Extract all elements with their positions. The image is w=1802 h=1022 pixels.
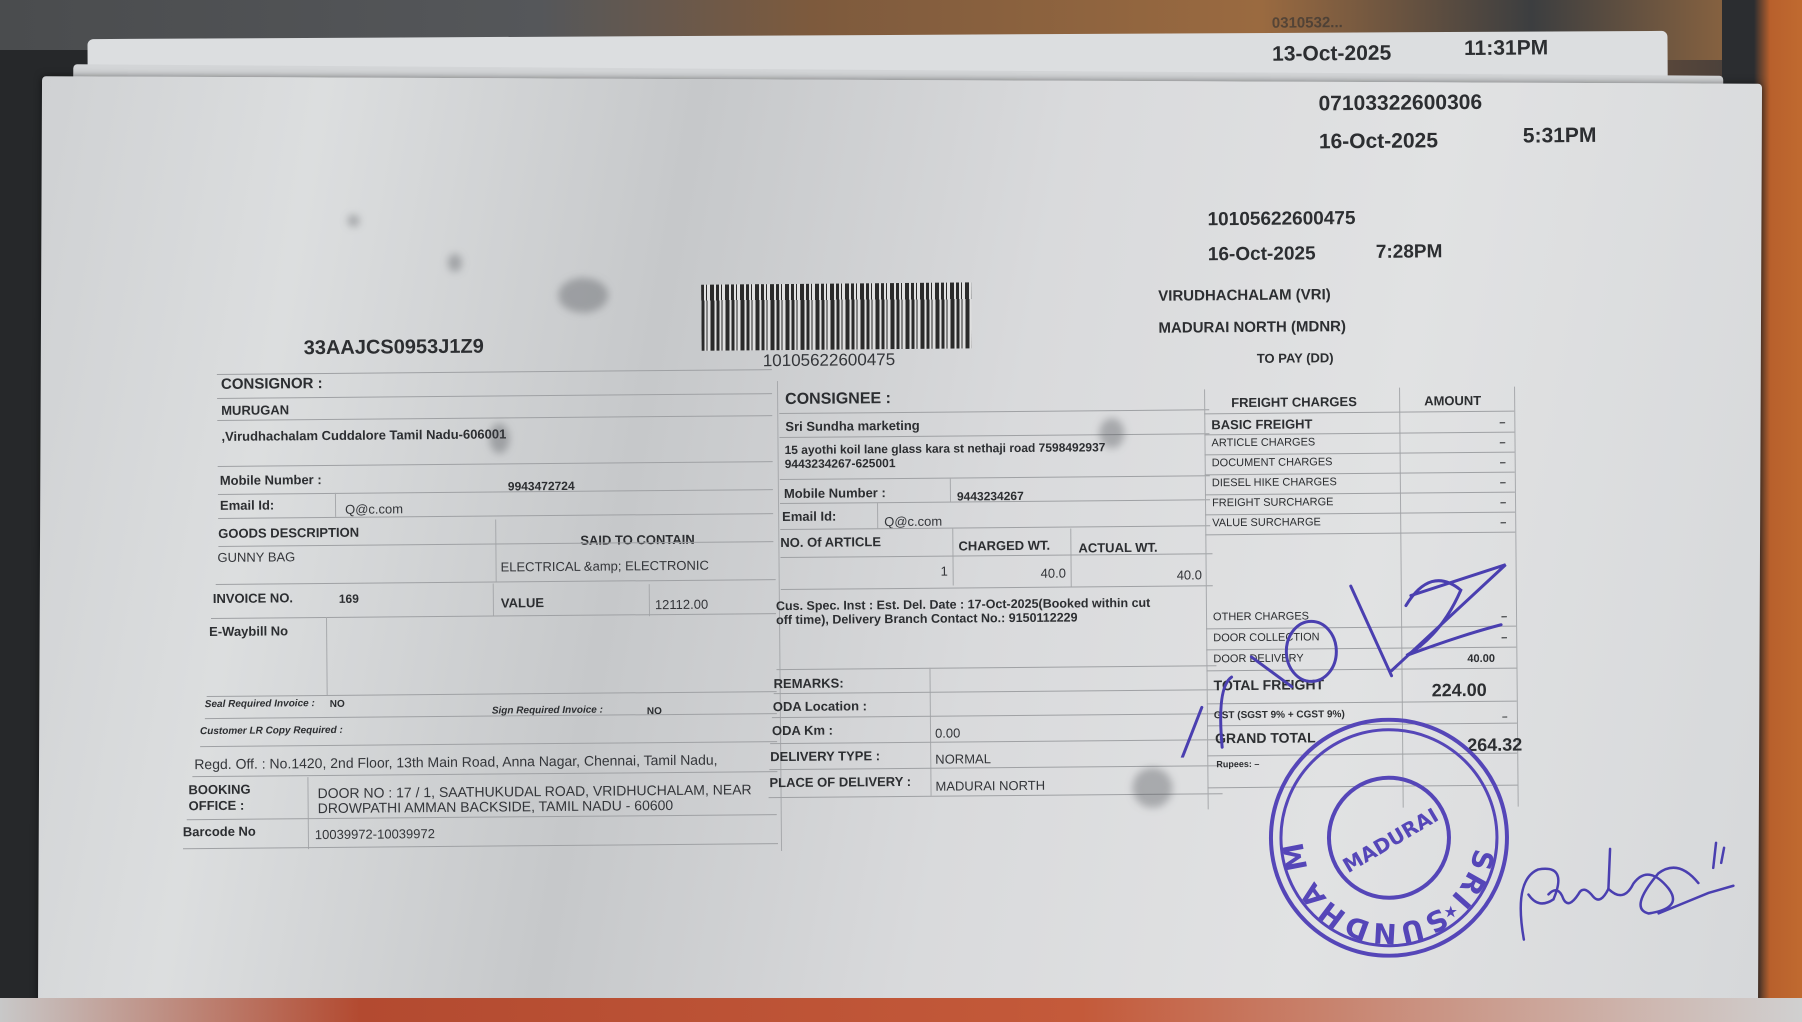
freight-charge-label: ARTICLE CHARGES	[1211, 436, 1315, 449]
oda-location-label: ODA Location :	[773, 698, 867, 714]
registered-office: Regd. Off. : No.1420, 2nd Floor, 13th Ma…	[194, 752, 717, 773]
seal-required-label: Seal Required Invoice :	[205, 698, 315, 710]
invoice-value: 12112.00	[655, 597, 708, 612]
lr-number: 10105622600475	[1207, 208, 1355, 231]
customer-lr-copy-label: Customer LR Copy Required :	[200, 725, 343, 737]
destination-station: MADURAI NORTH (MDNR)	[1158, 318, 1346, 337]
consignee-mobile-label: Mobile Number :	[784, 485, 886, 501]
slip2-time: 5:31PM	[1523, 124, 1597, 149]
sign-required-value: NO	[647, 706, 662, 717]
freight-charge-label: BASIC FREIGHT	[1211, 416, 1312, 432]
booking-office-label-2: OFFICE :	[189, 798, 245, 813]
goods-description-label: GOODS DESCRIPTION	[218, 525, 359, 541]
article-count-label: NO. Of ARTICLE	[780, 534, 881, 550]
consignor-name: MURUGAN	[221, 402, 289, 418]
consignee-email-label: Email Id:	[782, 509, 836, 524]
charged-wt: 40.0	[1041, 566, 1066, 581]
special-instructions-2: off time), Delivery Branch Contact No.: …	[776, 610, 1078, 627]
remarks-label: REMARKS:	[774, 675, 844, 691]
consignor-heading: CONSIGNOR :	[221, 375, 323, 393]
rupees-in-words: Rupees: –	[1216, 759, 1259, 769]
barcode-number: 10105622600475	[763, 350, 896, 371]
freight-charge-amount: –	[1500, 477, 1506, 489]
barcode-range: 10039972-10039972	[315, 826, 435, 842]
delivery-type: NORMAL	[935, 751, 991, 766]
company-stamp: SRI SUNDHA MARKETING MADURAI ★	[1264, 717, 1514, 959]
freight-charge-label: DOCUMENT CHARGES	[1212, 456, 1333, 469]
amount-header: AMOUNT	[1424, 393, 1481, 408]
ewaybill-label: E-Waybill No	[209, 623, 288, 639]
payment-mode: TO PAY (DD)	[1257, 350, 1334, 366]
article-count: 1	[941, 564, 948, 579]
consignor-email: Q@c.com	[345, 501, 403, 517]
freight-charge-amount: –	[1500, 457, 1506, 469]
signature: Prade...	[1508, 838, 1749, 950]
booking-office-address-2: DROWPATHI AMMAN BACKSIDE, TAMIL NADU - 6…	[318, 797, 674, 816]
oda-km: 0.00	[935, 725, 960, 740]
charged-wt-label: CHARGED WT.	[958, 538, 1050, 554]
freight-charge-amount: –	[1500, 517, 1506, 529]
invoice-label: INVOICE NO.	[213, 590, 293, 606]
invoice-number: 169	[339, 592, 359, 606]
slip1-partial-number: 0310532...	[1272, 14, 1343, 32]
place-of-delivery: MADURAI NORTH	[935, 778, 1045, 794]
slip2-number: 07103322600306	[1318, 91, 1482, 116]
oda-km-label: ODA Km :	[772, 723, 833, 739]
freight-charge-label: FREIGHT SURCHARGE	[1212, 496, 1334, 509]
consignor-email-label: Email Id:	[220, 497, 274, 512]
svg-text:★: ★	[1444, 904, 1458, 921]
gstin: 33AAJCS0953J1Z9	[304, 336, 484, 361]
freight-charge-amount: –	[1499, 437, 1505, 449]
goods-description: GUNNY BAG	[217, 549, 295, 565]
consignor-address: ,Virudhachalam Cuddalore Tamil Nadu-6060…	[221, 426, 506, 443]
consignee-address-1: 15 ayothi koil lane glass kara st nethaj…	[784, 440, 1105, 457]
consignee-address-2: 9443234267-625001	[785, 456, 896, 471]
origin-station: VIRUDHACHALAM (VRI)	[1158, 286, 1331, 305]
barcode-image	[701, 282, 972, 350]
slip1-date: 13-Oct-2025	[1272, 42, 1391, 67]
slip2-date: 16-Oct-2025	[1319, 129, 1438, 154]
seal-required-value: NO	[330, 699, 345, 710]
consignee-heading: CONSIGNEE :	[785, 390, 891, 409]
freight-charge-amount: –	[1499, 417, 1505, 429]
said-to-contain-label: SAID TO CONTAIN	[580, 532, 694, 548]
lr-date: 16-Oct-2025	[1208, 243, 1316, 266]
value-label: VALUE	[501, 595, 544, 610]
said-to-contain: ELECTRICAL &amp; ELECTRONIC	[501, 558, 709, 575]
freight-charge-amount: –	[1500, 497, 1506, 509]
lr-time: 7:28PM	[1376, 241, 1443, 264]
slip1-time: 11:31PM	[1464, 36, 1548, 61]
consignee-name: Sri Sundha marketing	[785, 418, 920, 434]
lorry-receipt-document: 0310532... 13-Oct-2025 11:31PM 071033226…	[0, 0, 1802, 1022]
barcode-no-label: Barcode No	[183, 824, 256, 840]
freight-charges-header: FREIGHT CHARGES	[1231, 394, 1357, 410]
freight-charge-label: DIESEL HIKE CHARGES	[1212, 476, 1337, 489]
place-of-delivery-label: PLACE OF DELIVERY :	[769, 774, 911, 790]
freight-charge-label: VALUE SURCHARGE	[1212, 516, 1321, 529]
consignor-mobile-label: Mobile Number :	[220, 472, 322, 488]
stamp-inner-text: MADURAI	[1338, 803, 1442, 878]
delivery-type-label: DELIVERY TYPE :	[770, 748, 880, 764]
booking-office-label-1: BOOKING	[188, 782, 250, 798]
